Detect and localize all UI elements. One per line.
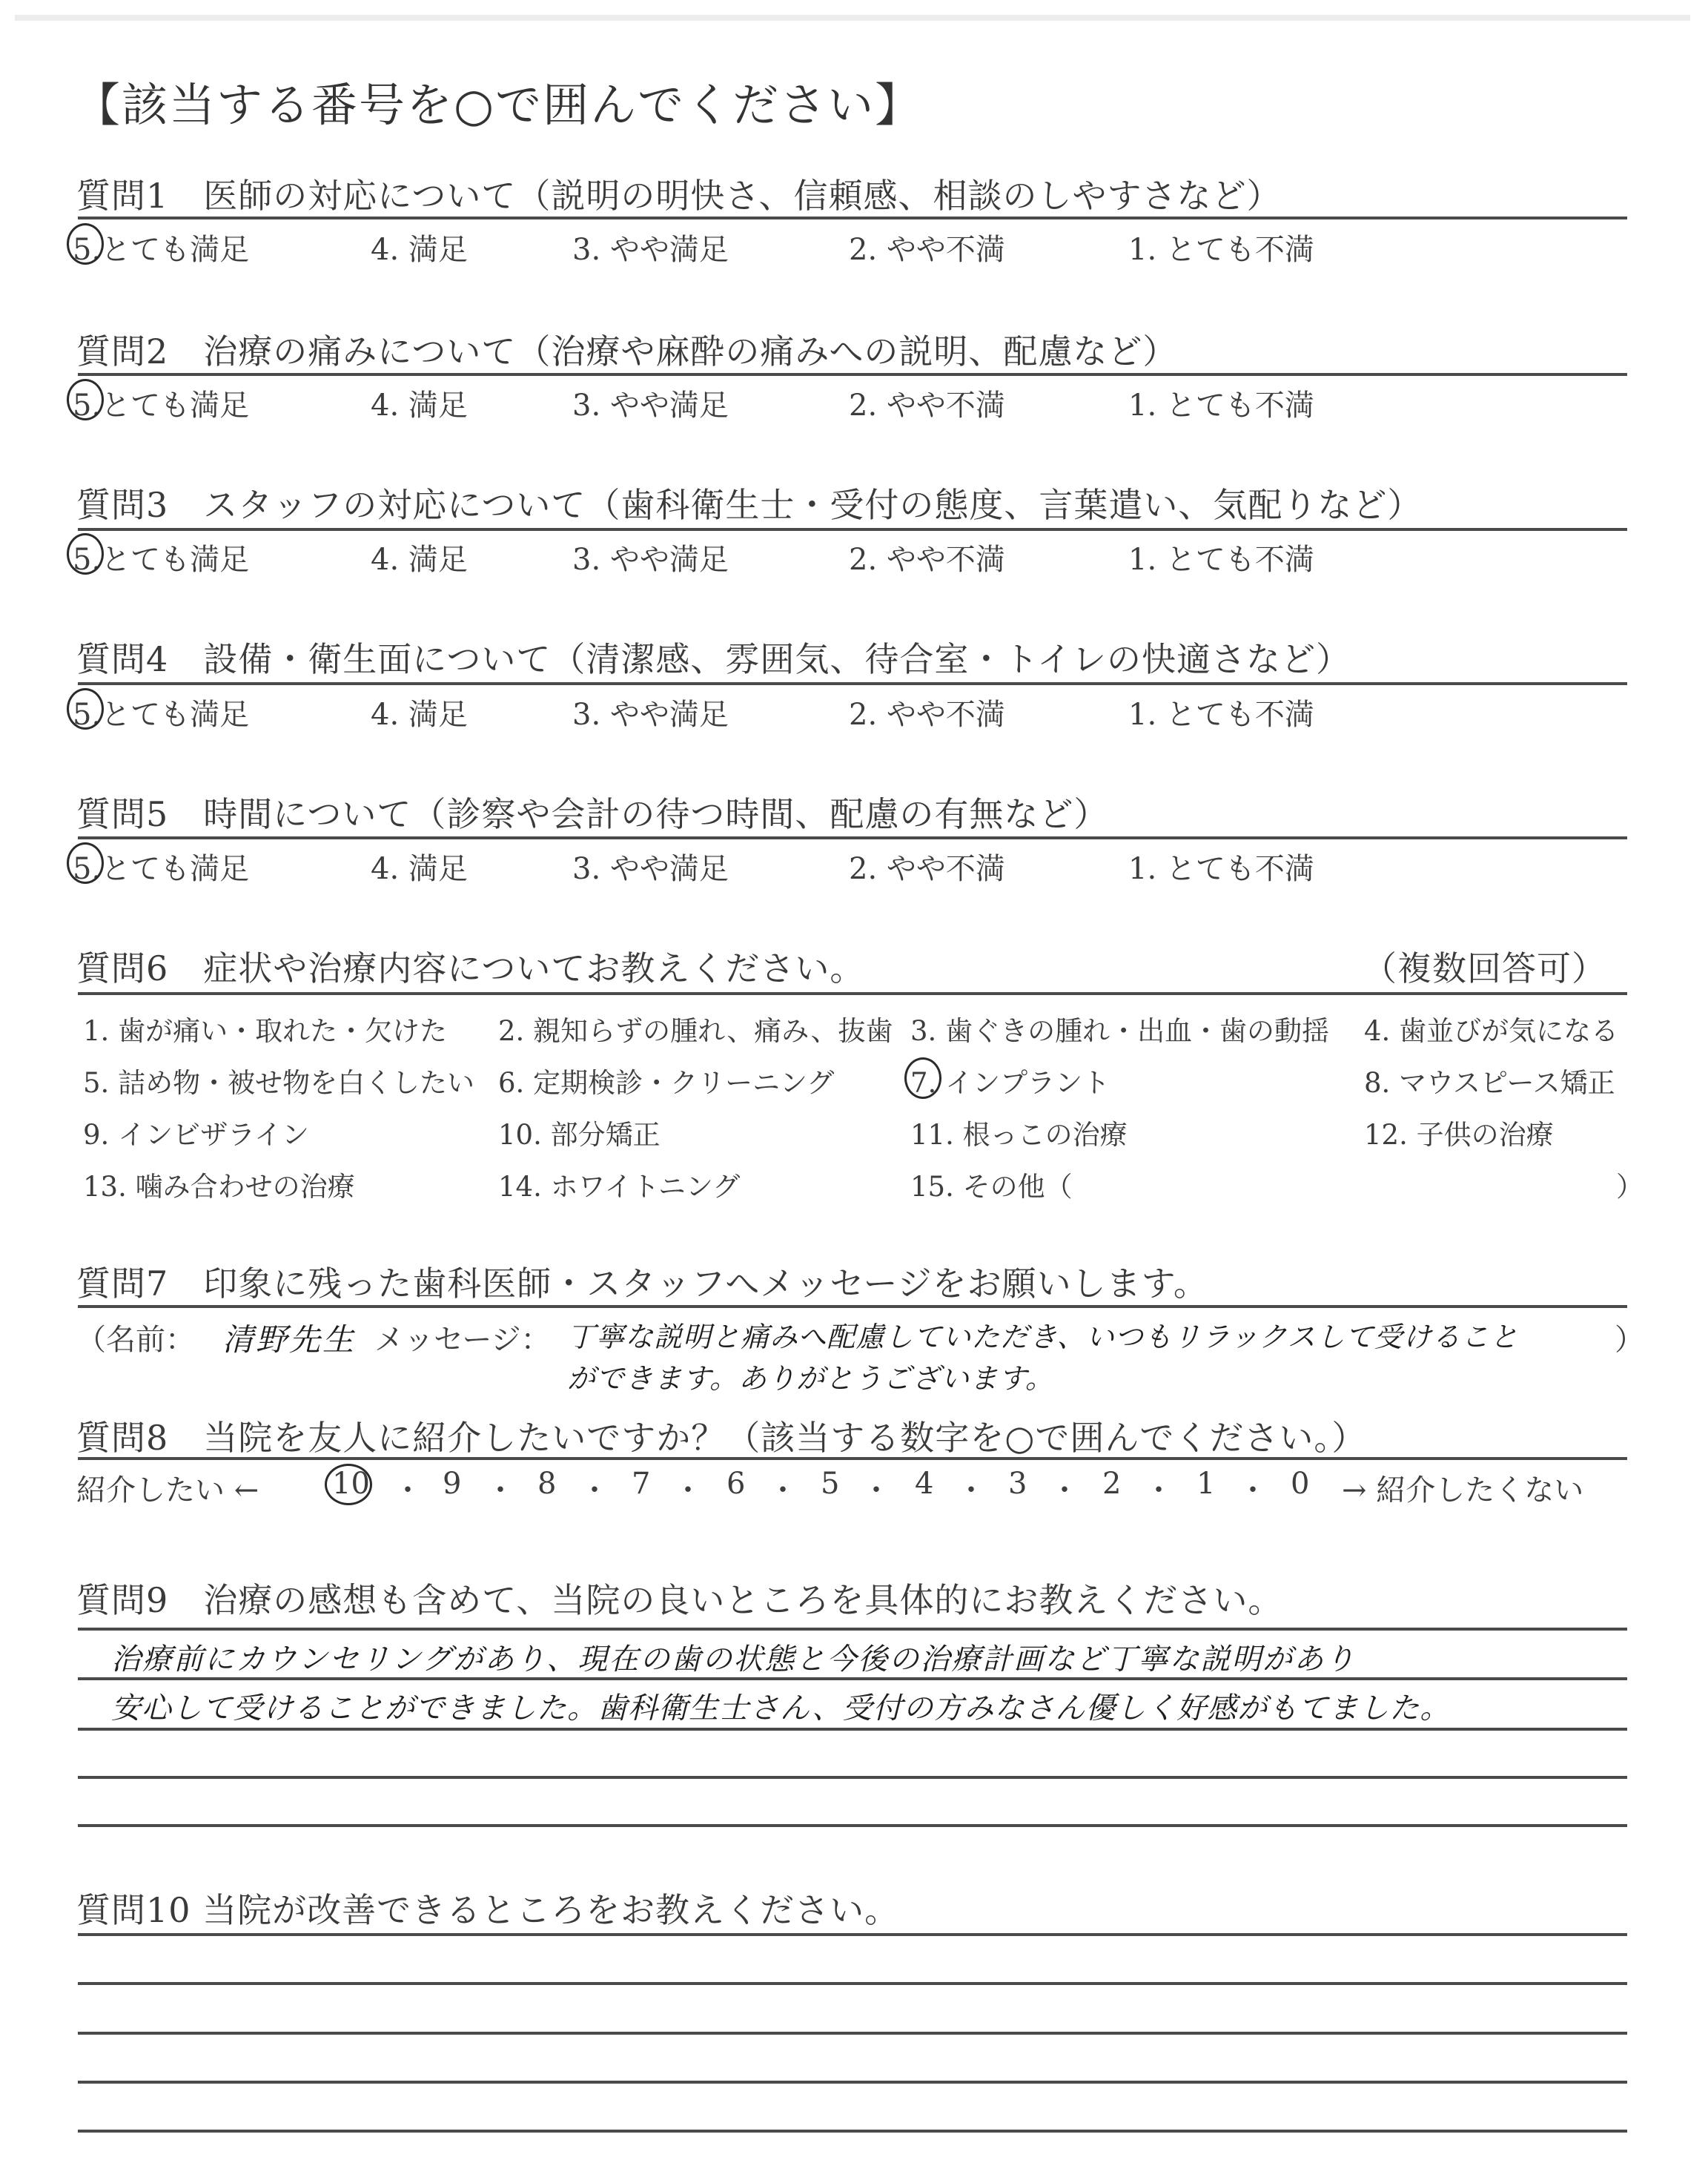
q8-scale-3[interactable]: 3: [1008, 1467, 1027, 1501]
q6-option-15[interactable]: 15. その他（: [910, 1164, 1073, 1204]
q9-line-4: [78, 1776, 1627, 1779]
q6-option-13[interactable]: 13. 噛み合わせの治療: [83, 1164, 355, 1204]
scan-top-edge: [15, 15, 1690, 21]
q6-option-3[interactable]: 3. 歯ぐきの腫れ・出血・歯の動揺: [910, 1008, 1329, 1048]
q8-scale-0[interactable]: 0: [1291, 1467, 1309, 1501]
q1-option-2[interactable]: 2. やや不満: [849, 226, 1005, 268]
selected-circle: 7. インプラント: [910, 1060, 1110, 1100]
q5-option-2[interactable]: 2. やや不満: [849, 845, 1005, 888]
question-3-label: 質問3 スタッフの対応について（歯科衛生士・受付の態度、言葉遣い、気配りなど）: [76, 478, 1422, 527]
q6-option-14[interactable]: 14. ホワイトニング: [498, 1164, 740, 1204]
q8-sep: ・: [861, 1467, 891, 1509]
selected-circle: 5.とても満足: [73, 382, 249, 424]
q8-sep: ・: [768, 1467, 798, 1509]
q8-sep: ・: [1144, 1467, 1174, 1509]
question-1-label: 質問1 医師の対応について（説明の明快さ、信頼感、相談のしやすさなど）: [76, 169, 1282, 218]
q4-option-2[interactable]: 2. やや不満: [849, 691, 1005, 733]
q10-line-5: [78, 2130, 1627, 2133]
q1-option-5[interactable]: 5.とても満足: [73, 226, 249, 268]
q5-option-3[interactable]: 3. やや満足: [572, 845, 729, 888]
q6-option-6[interactable]: 6. 定期検診・クリーニング: [498, 1060, 834, 1100]
question-4-label: 質問4 設備・衛生面について（清潔感、雰囲気、待合室・トイレの快適さなど）: [76, 633, 1351, 681]
q6-option-5[interactable]: 5. 詰め物・被せ物を白くしたい: [83, 1060, 474, 1100]
q6-option-8[interactable]: 8. マウスピース矯正: [1364, 1060, 1615, 1100]
q8-right-label: → 紹介したくない: [1342, 1467, 1583, 1509]
q3-option-4[interactable]: 4. 満足: [371, 536, 468, 578]
question-3-rule: [78, 528, 1627, 531]
q4-option-3[interactable]: 3. やや満足: [572, 691, 729, 733]
selected-circle: 5.とても満足: [73, 845, 249, 888]
question-6-multi-note: （複数回答可）: [1363, 942, 1606, 991]
q6-option-10[interactable]: 10. 部分矯正: [498, 1112, 661, 1152]
selected-circle: 5.とても満足: [73, 691, 249, 733]
question-1-rule: [78, 217, 1627, 219]
q8-sep: ・: [580, 1467, 609, 1509]
q8-scale-10[interactable]: 10: [332, 1467, 370, 1501]
q2-option-5[interactable]: 5.とても満足: [73, 382, 249, 424]
q6-option-1[interactable]: 1. 歯が痛い・取れた・欠けた: [83, 1008, 447, 1048]
q8-scale-5[interactable]: 5: [821, 1467, 839, 1501]
q9-line-2: [78, 1677, 1627, 1680]
question-10-label: 質問10 当院が改善できるところをお教えください。: [76, 1883, 899, 1932]
q7-message-label: メッセージ：: [374, 1316, 551, 1358]
question-7-label: 質問7 印象に残った歯科医師・スタッフへメッセージをお願いします。: [76, 1257, 1208, 1306]
q8-sep: ・: [1050, 1467, 1079, 1509]
question-6-rule: [78, 992, 1627, 995]
q10-line-3: [78, 2032, 1627, 2035]
q10-line-2: [78, 1982, 1627, 1985]
q4-option-5[interactable]: 5.とても満足: [73, 691, 249, 733]
q9-answer-line-1[interactable]: 治療前にカウンセリングがあり、現在の歯の状態と今後の治療計画など丁寧な説明があり: [111, 1636, 1356, 1678]
q4-option-4[interactable]: 4. 満足: [371, 691, 468, 733]
q8-sep: ・: [956, 1467, 986, 1509]
q3-option-3[interactable]: 3. やや満足: [572, 536, 729, 578]
q2-option-4[interactable]: 4. 満足: [371, 382, 468, 424]
question-4-rule: [78, 682, 1627, 685]
q8-sep: ・: [486, 1467, 515, 1509]
question-8-label: 質問8 当院を友人に紹介したいですか？（該当する数字を○で囲んでください。）: [76, 1411, 1366, 1460]
q8-scale-8[interactable]: 8: [537, 1467, 556, 1501]
question-5-label: 質問5 時間について（診察や会計の待つ時間、配慮の有無など）: [76, 787, 1108, 836]
q3-option-1[interactable]: 1. とても不満: [1128, 536, 1314, 578]
q5-option-4[interactable]: 4. 満足: [371, 845, 468, 888]
q10-line-1: [78, 1933, 1627, 1936]
q7-name-label: （名前：: [76, 1316, 195, 1358]
question-2-label: 質問2 治療の痛みについて（治療や麻酔の痛みへの説明、配慮など）: [76, 325, 1177, 374]
question-5-rule: [78, 836, 1627, 839]
q6-option-7[interactable]: 7. インプラント: [910, 1060, 1110, 1100]
q2-option-1[interactable]: 1. とても不満: [1128, 382, 1314, 424]
q7-name-value[interactable]: 清野先生: [222, 1315, 356, 1360]
q10-line-4: [78, 2081, 1627, 2084]
q8-left-label: 紹介したい ←: [76, 1467, 259, 1509]
q8-scale-6[interactable]: 6: [726, 1467, 745, 1501]
q2-option-2[interactable]: 2. やや不満: [849, 382, 1005, 424]
q1-option-1[interactable]: 1. とても不満: [1128, 226, 1314, 268]
selected-circle: 5.とても満足: [73, 536, 249, 578]
q6-option-12[interactable]: 12. 子供の治療: [1364, 1112, 1554, 1152]
q3-option-2[interactable]: 2. やや不満: [849, 536, 1005, 578]
q9-line-1: [78, 1628, 1627, 1631]
question-7-rule: [78, 1305, 1627, 1308]
q7-message-line-1[interactable]: 丁寧な説明と痛みへ配慮していただき、いつもリラックスして受けること: [567, 1314, 1519, 1355]
q4-option-1[interactable]: 1. とても不満: [1128, 691, 1314, 733]
q9-line-3: [78, 1728, 1627, 1731]
q8-scale-1[interactable]: 1: [1196, 1467, 1215, 1501]
q6-option-2[interactable]: 2. 親知らずの腫れ、痛み、抜歯: [498, 1008, 893, 1048]
q9-answer-line-2[interactable]: 安心して受けることができました。歯科衛生士さん、受付の方みなさん優しく好感がもて…: [111, 1685, 1450, 1727]
q8-sep: ・: [673, 1467, 703, 1509]
selected-circle: 5.とても満足: [73, 226, 249, 268]
q3-option-5[interactable]: 5.とても満足: [73, 536, 249, 578]
q5-option-1[interactable]: 1. とても不満: [1128, 845, 1314, 888]
q8-sep: ・: [393, 1467, 423, 1509]
q6-option-15-close: ）: [1616, 1164, 1644, 1204]
q7-close-paren: ）: [1615, 1316, 1644, 1358]
q6-option-4[interactable]: 4. 歯並びが気になる: [1364, 1008, 1618, 1048]
q5-option-5[interactable]: 5.とても満足: [73, 845, 249, 888]
q6-option-11[interactable]: 11. 根っこの治療: [910, 1112, 1128, 1152]
q7-message-line-2[interactable]: ができます。ありがとうございます。: [567, 1355, 1054, 1396]
q1-option-4[interactable]: 4. 満足: [371, 226, 468, 268]
question-8-rule: [78, 1457, 1627, 1460]
question-9-label: 質問9 治療の感想も含めて、当院の良いところを具体的にお教えください。: [76, 1573, 1282, 1622]
q8-scale-2[interactable]: 2: [1102, 1467, 1121, 1501]
q6-option-9[interactable]: 9. インビザライン: [83, 1112, 309, 1152]
question-2-rule: [78, 373, 1627, 376]
q1-option-3[interactable]: 3. やや満足: [572, 226, 729, 268]
q8-sep: ・: [1238, 1467, 1268, 1509]
q8-scale-7[interactable]: 7: [632, 1467, 650, 1501]
question-6-label: 質問6 症状や治療内容についてお教えください。: [76, 942, 864, 991]
q8-scale-9[interactable]: 9: [443, 1467, 461, 1501]
page-title: 【該当する番号を○で囲んでください】: [74, 68, 922, 134]
q8-scale-4[interactable]: 4: [915, 1467, 933, 1501]
q2-option-3[interactable]: 3. やや満足: [572, 382, 729, 424]
selected-circle: 10: [332, 1467, 370, 1501]
q9-line-5: [78, 1824, 1627, 1827]
